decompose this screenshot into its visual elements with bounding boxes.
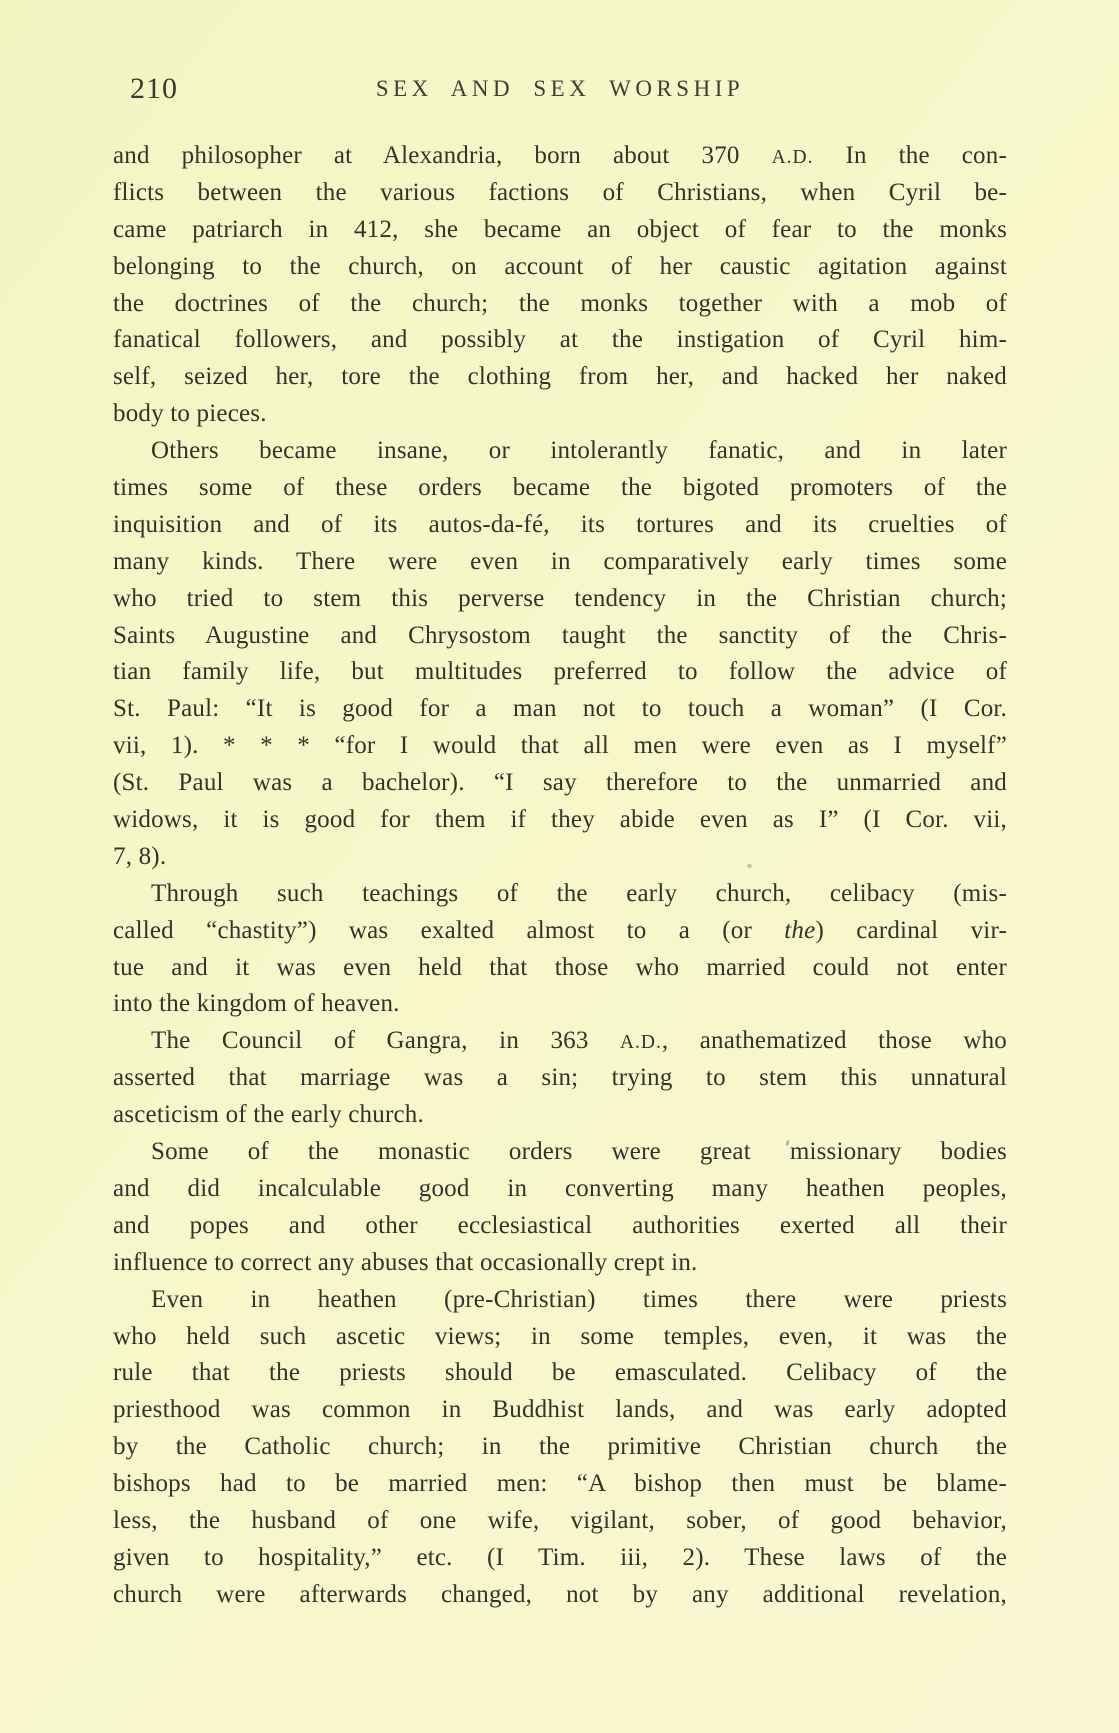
text-line: Saints Augustine and Chrysostom taught t… xyxy=(113,618,1007,655)
text-line: who tried to stem this perverse tendency… xyxy=(113,581,1007,618)
text-line: tian family life, but multitudes preferr… xyxy=(113,654,1007,691)
text-line: Others became insane, or intolerantly fa… xyxy=(113,433,1007,470)
text-line: by the Catholic church; in the primitive… xyxy=(113,1429,1007,1466)
text-line: called “chastity”) was exalted almost to… xyxy=(113,913,1007,950)
text-line: St. Paul: “It is good for a man not to t… xyxy=(113,691,1007,728)
text-line: rule that the priests should be emascula… xyxy=(113,1355,1007,1392)
text-line: inquisition and of its autos-da-fé, its … xyxy=(113,507,1007,544)
text-line: Even in heathen (pre-Christian) times th… xyxy=(113,1282,1007,1319)
text-line: vii, 1). * * * “for I would that all men… xyxy=(113,728,1007,765)
text-line: (St. Paul was a bachelor). “I say theref… xyxy=(113,765,1007,802)
text-line: less, the husband of one wife, vigilant,… xyxy=(113,1503,1007,1540)
running-head: SEX AND SEX WORSHIP xyxy=(113,76,1007,102)
text-line: and popes and other ecclesiastical autho… xyxy=(113,1208,1007,1245)
text-line: bishops had to be married men: “A bishop… xyxy=(113,1466,1007,1503)
page-header: 210 SEX AND SEX WORSHIP xyxy=(113,72,1007,108)
text-line: church were afterwards changed, not by a… xyxy=(113,1577,1007,1614)
text-line: came patriarch in 412, she became an obj… xyxy=(113,212,1007,249)
text-line: belonging to the church, on account of h… xyxy=(113,249,1007,286)
text-line: Through such teachings of the early chur… xyxy=(113,876,1007,913)
text-line: given to hospitality,” etc. (I Tim. iii,… xyxy=(113,1540,1007,1577)
text-line: times some of these orders became the bi… xyxy=(113,470,1007,507)
text-line: self, seized her, tore the clothing from… xyxy=(113,359,1007,396)
text-line: 7, 8). xyxy=(113,839,1007,876)
text-line: tue and it was even held that those who … xyxy=(113,950,1007,987)
book-page: 210 SEX AND SEX WORSHIP and philosopher … xyxy=(0,0,1119,1733)
text-line: fanatical followers, and possibly at the… xyxy=(113,322,1007,359)
text-line: body to pieces. xyxy=(113,396,1007,433)
text-line: asserted that marriage was a sin; trying… xyxy=(113,1060,1007,1097)
text-line: flicts between the various factions of C… xyxy=(113,175,1007,212)
text-line: the doctrines of the church; the monks t… xyxy=(113,286,1007,323)
text-line: asceticism of the early church. xyxy=(113,1097,1007,1134)
text-line: priesthood was common in Buddhist lands,… xyxy=(113,1392,1007,1429)
text-line: many kinds. There were even in comparati… xyxy=(113,544,1007,581)
text-line: who held such ascetic views; in some tem… xyxy=(113,1319,1007,1356)
scan-speckle xyxy=(747,864,752,868)
text-line: The Council of Gangra, in 363 A.D., anat… xyxy=(113,1023,1007,1060)
text-line: and did incalculable good in converting … xyxy=(113,1171,1007,1208)
text-line: Some of the monastic orders were great m… xyxy=(113,1134,1007,1171)
text-line: and philosopher at Alexandria, born abou… xyxy=(113,138,1007,175)
text-line: influence to correct any abuses that occ… xyxy=(113,1245,1007,1282)
text-line: into the kingdom of heaven. xyxy=(113,986,1007,1023)
text-line: widows, it is good for them if they abid… xyxy=(113,802,1007,839)
page-body: and philosopher at Alexandria, born abou… xyxy=(113,138,1007,1614)
